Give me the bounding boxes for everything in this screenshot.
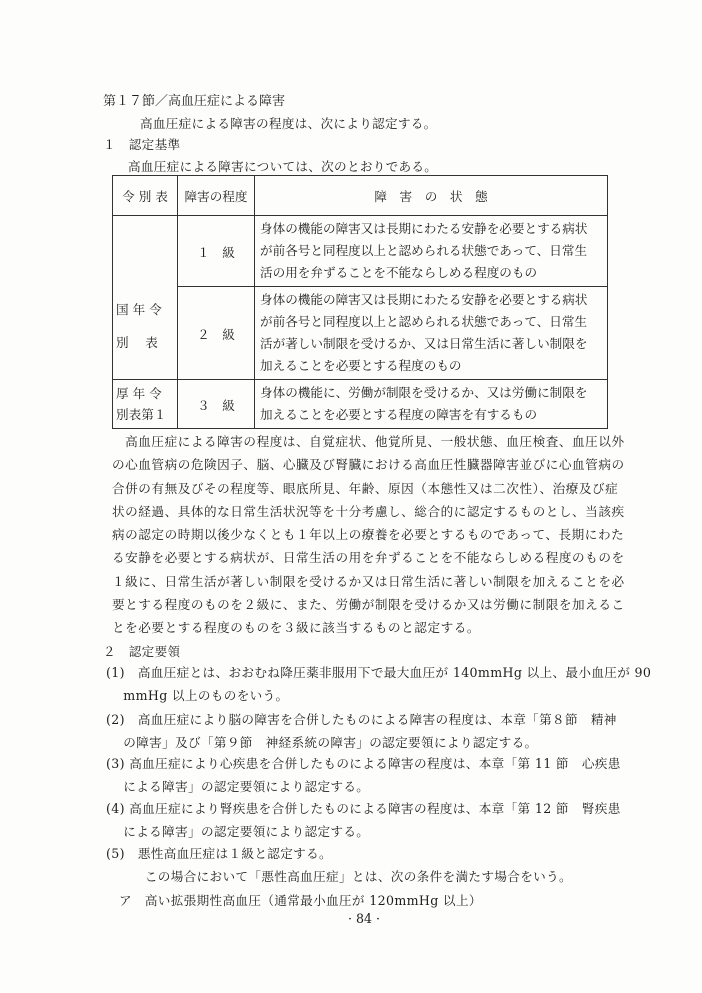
table-row: 国 年 令 別 表 １ 級 身体の機能の障害又は長期にわたる安静を必要とする病状… (113, 216, 608, 287)
grade-cell: １ 級 (178, 216, 255, 287)
guideline-item-3: (3) 高血圧症により心疾患を合併したものによる障害の程度は、本章「第 11 節… (106, 752, 621, 799)
criteria-paragraph: 高血圧症による障害の程度は、自覚症状、他覚所見、一般状態、血圧検査、血圧以外 の… (112, 430, 622, 640)
paragraph-line: １級に、日常生活が著しい制限を受けるか又は日常生活に著しい制限を加えることを必 (112, 570, 622, 593)
guideline-item-4: (4) 高血圧症により腎疾患を合併したものによる障害の程度は、本章「第 12 節… (106, 797, 621, 844)
paragraph-line: の心血管病の危険因子、脳、心臓及び腎臓における高血圧性臓器障害並びに心血管病の (112, 453, 622, 476)
paragraph-line: 状の経過、具体的な日常生活状況等を十分考慮し、総合的に認定するものとし、当該疾 (112, 500, 622, 523)
section-intro: 高血圧症による障害の程度は、次により認定する。 (140, 113, 437, 132)
page-number: · 84 · (348, 911, 380, 926)
item-line: (5) 悪性高血圧症は１級と認定する。 (106, 842, 572, 865)
header-state: 障 害 の 状 態 (255, 176, 608, 216)
state-line: 身体の機能の障害又は長期にわたる安静を必要とする病状 (260, 289, 602, 311)
law-national-cell: 国 年 令 別 表 (113, 216, 178, 380)
state-line: 身体の機能の障害又は長期にわたる安静を必要とする病状 (260, 218, 602, 240)
grade-cell: ２ 級 (178, 287, 255, 380)
state-line: 加えることを必要とする程度の障害を有するもの (260, 404, 602, 426)
header-grade: 障害の程度 (178, 176, 255, 216)
paragraph-line: 高血圧症による障害の程度は、自覚症状、他覚所見、一般状態、血圧検査、血圧以外 (112, 430, 622, 453)
state-line: 活が著しい制限を受けるか、又は日常生活に著しい制限を (260, 333, 602, 355)
state-line: 身体の機能に、労働が制限を受けるか、又は労働に制限を (260, 382, 602, 404)
law-welfare-cell: 厚 年 令 別表第１ (113, 380, 178, 429)
criteria-heading: １ 認定基準 (103, 134, 180, 153)
table-row: ２ 級 身体の機能の障害又は長期にわたる安静を必要とする病状 が前各号と同程度以… (113, 287, 608, 380)
item-line: (2) 高血圧症により脳の障害を合併したものによる障害の程度は、本章「第８節 精… (106, 708, 617, 731)
item-line: この場合において「悪性高血圧症」とは、次の条件を満たす場合をいう。 (106, 865, 572, 888)
guideline-item-5: (5) 悪性高血圧症は１級と認定する。 この場合において「悪性高血圧症」とは、次… (106, 842, 572, 912)
section-title: 第１７節／高血圧症による障害 (103, 90, 285, 109)
law-national-line2: 別 表 (116, 332, 177, 353)
table-row: 厚 年 令 別表第１ ３ 級 身体の機能に、労働が制限を受けるか、又は労働に制限… (113, 380, 608, 429)
table-header-row: 令 別 表 障害の程度 障 害 の 状 態 (113, 176, 608, 216)
paragraph-line: 病の認定の時期以後少なくとも１年以上の療養を必要とするものであって、長期にわた (112, 523, 622, 546)
state-line: 加えることを必要とする程度のもの (260, 355, 602, 377)
item-line: (1) 高血圧症とは、おおむね降圧薬非服用下で最大血圧が 140mmHg 以上、… (106, 661, 651, 684)
state-line: 活の用を弁ずることを不能ならしめる程度のもの (260, 262, 602, 284)
paragraph-line: 要とする程度のものを２級に、また、労働が制限を受けるか又は労働に制限を加えるこ (112, 593, 622, 616)
paragraph-line: る安静を必要とする病状が、日常生活の用を弁ずることを不能ならしめる程度のものを (112, 546, 622, 569)
state-cell: 身体の機能の障害又は長期にわたる安静を必要とする病状 が前各号と同程度以上と認め… (255, 287, 608, 380)
item-line: mmHg 以上のものをいう。 (106, 684, 651, 707)
state-line: が前各号と同程度以上と認められる状態であって、日常生 (260, 240, 602, 262)
grade-cell: ３ 級 (178, 380, 255, 429)
law-welfare-line1: 厚 年 令 (116, 383, 177, 404)
guidelines-heading: ２ 認定要領 (103, 641, 180, 660)
item-line: による障害」の認定要領により認定する。 (106, 820, 621, 843)
item-line: (3) 高血圧症により心疾患を合併したものによる障害の程度は、本章「第 11 節… (106, 752, 621, 775)
paragraph-line: 合併の有無及びその程度等、眼底所見、年齢、原因（本態性又は二次性）、治療及び症 (112, 477, 622, 500)
grade-table: 令 別 表 障害の程度 障 害 の 状 態 国 年 令 別 表 １ 級 身体の機… (112, 175, 608, 429)
state-line: が前各号と同程度以上と認められる状態であって、日常生 (260, 311, 602, 333)
state-cell: 身体の機能の障害又は長期にわたる安静を必要とする病状 が前各号と同程度以上と認め… (255, 216, 608, 287)
paragraph-line: とを必要とする程度のものを３級に該当するものと認定する。 (112, 616, 622, 639)
guideline-item-2: (2) 高血圧症により脳の障害を合併したものによる障害の程度は、本章「第８節 精… (106, 708, 617, 755)
law-national-line1: 国 年 令 (116, 299, 177, 320)
header-law-table: 令 別 表 (113, 176, 178, 216)
item-line: ア 高い拡張期性高血圧（通常最小血圧が 120mmHg 以上） (106, 889, 572, 912)
criteria-lead: 高血圧症による障害については、次のとおりである。 (128, 156, 437, 175)
law-welfare-line2: 別表第１ (116, 404, 177, 425)
guideline-item-1: (1) 高血圧症とは、おおむね降圧薬非服用下で最大血圧が 140mmHg 以上、… (106, 661, 651, 708)
item-line: (4) 高血圧症により腎疾患を合併したものによる障害の程度は、本章「第 12 節… (106, 797, 621, 820)
state-cell: 身体の機能に、労働が制限を受けるか、又は労働に制限を 加えることを必要とする程度… (255, 380, 608, 429)
item-line: による障害」の認定要領により認定する。 (106, 775, 621, 798)
